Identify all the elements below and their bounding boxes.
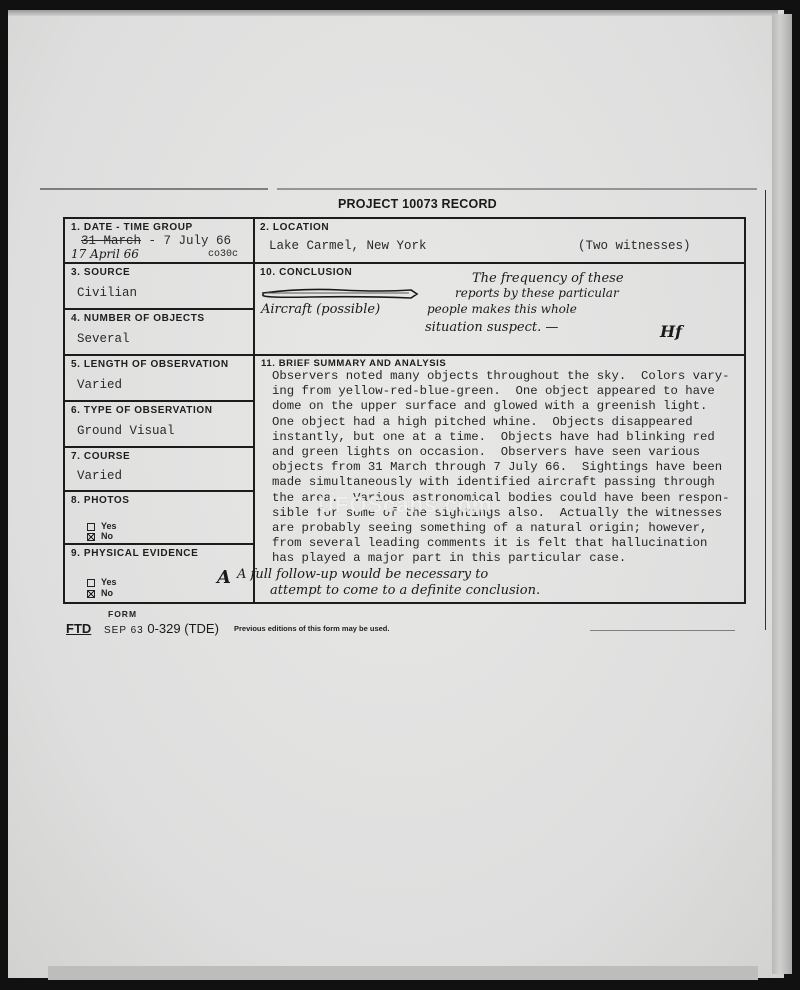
footer-form-label: FORM [108,609,137,619]
field-label: 7. COURSE [71,451,130,462]
divider-line [590,630,735,631]
initials-signature: Hf [660,322,682,341]
field-length-of-observation: 5. LENGTH OF OBSERVATION Varied [65,356,253,400]
source-value: Civilian [77,286,137,300]
field-label: 6. TYPE OF OBSERVATION [71,405,213,416]
course-value: Varied [77,469,122,483]
photos-yes-checkbox[interactable]: Yes [87,521,117,531]
watermark: UFOScans.com [318,492,493,518]
page-margin-line [765,190,766,630]
length-of-observation-value: Varied [77,378,122,392]
handwritten-date: 17 April 66 [71,247,139,261]
physical-evidence-yes-checkbox[interactable]: Yes [87,577,117,587]
footer-note: Previous editions of this form may be us… [234,624,389,633]
field-label: 2. LOCATION [260,222,329,233]
field-label: 3. SOURCE [71,267,130,278]
footer-ftd: FTD [66,621,91,636]
scribble-strikeout [261,286,421,300]
handwritten-followup-line: attempt to come to a definite conclusion… [270,583,540,598]
date-struck-value: 31 March - 7 July 66 [81,234,231,248]
conclusion-comment-line: situation suspect. — [425,320,558,335]
photos-no-checkbox[interactable]: No [87,531,113,541]
footer-form-code: SEP 63 0-329 (TDE) [104,621,219,636]
handwritten-initial-a: A [217,567,231,588]
summary-text: Observers noted many objects throughout … [272,369,747,567]
field-type-of-observation: 6. TYPE OF OBSERVATION Ground Visual [65,402,253,446]
field-photos: 8. PHOTOS Yes No [65,492,253,543]
location-note: (Two witnesses) [578,239,691,253]
field-label: 8. PHOTOS [71,495,130,506]
handwritten-followup-line: A full follow-up would be necessary to [237,567,488,582]
field-number-of-objects: 4. NUMBER OF OBJECTS Several [65,310,253,354]
field-label: 5. LENGTH OF OBSERVATION [71,359,229,370]
scan-bottom-edge [48,966,758,980]
field-conclusion: 10. CONCLUSION Aircraft (possible) The f… [255,264,744,354]
document-title: PROJECT 10073 RECORD [338,197,497,211]
field-label: 9. PHYSICAL EVIDENCE [71,548,198,559]
location-value: Lake Carmel, New York [269,239,427,253]
scan-right-edge [772,14,792,974]
field-source: 3. SOURCE Civilian [65,264,253,308]
conclusion-comment-line: people makes this whole [427,302,577,316]
field-label: 1. DATE - TIME GROUP [71,222,193,233]
conclusion-comment-line: reports by these particular [455,286,619,300]
checkbox-empty-icon [87,579,95,587]
number-of-objects-value: Several [77,332,130,346]
record-form: 1. DATE - TIME GROUP 31 March - 7 July 6… [63,217,746,604]
conclusion-handwritten-value: Aircraft (possible) [261,302,380,317]
field-label: 11. BRIEF SUMMARY AND ANALYSIS [261,358,446,369]
physical-evidence-no-checkbox[interactable]: No [87,588,113,598]
scan-top-edge [8,10,778,16]
field-label: 10. CONCLUSION [260,267,352,278]
handwritten-note: co30c [208,249,238,260]
checkbox-checked-icon [87,590,95,598]
checkbox-empty-icon [87,523,95,531]
divider-line [277,188,757,190]
field-course: 7. COURSE Varied [65,448,253,490]
checkbox-checked-icon [87,533,95,541]
field-location: 2. LOCATION Lake Carmel, New York (Two w… [255,219,744,262]
divider-line [40,188,268,190]
row-divider [253,354,744,356]
conclusion-comment-line: The frequency of these [472,271,624,286]
field-label: 4. NUMBER OF OBJECTS [71,313,205,324]
type-of-observation-value: Ground Visual [77,424,175,438]
field-date-time-group: 1. DATE - TIME GROUP 31 March - 7 July 6… [65,219,253,262]
